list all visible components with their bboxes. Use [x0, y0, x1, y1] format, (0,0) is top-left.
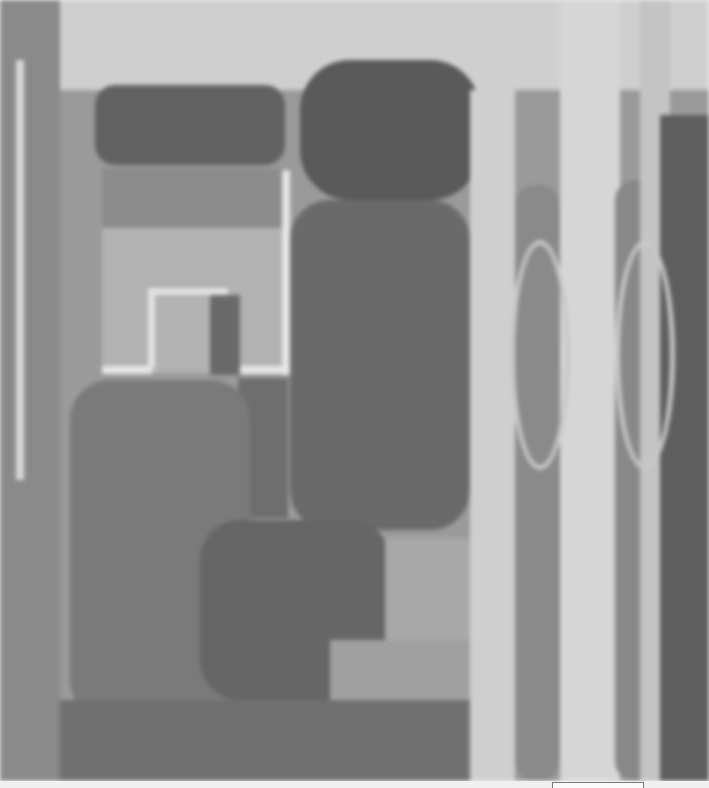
scale-bar — [552, 782, 644, 786]
courtyard-wall-vert — [148, 288, 155, 368]
building-west-roof-light — [102, 228, 287, 373]
building-west-edge-south2 — [240, 366, 290, 374]
tree-cluster-northeast — [300, 60, 480, 200]
building-west-roof-dark — [102, 168, 287, 228]
road-main — [560, 0, 620, 781]
curved-path-west — [510, 240, 570, 470]
tree-band-north — [95, 85, 285, 165]
building-west-edge-south — [102, 366, 152, 374]
building-west-edge-east — [282, 170, 290, 375]
aerial-map-image[interactable] — [0, 0, 709, 781]
courtyard-shadow — [210, 295, 240, 375]
courtyard-wall — [148, 288, 228, 295]
tree-cover-east — [660, 115, 709, 781]
curved-path-east — [615, 240, 675, 470]
road-main-west-verge — [470, 90, 515, 781]
left-edge-strip — [0, 0, 60, 781]
tree-cover-central — [290, 200, 470, 530]
tree-band-bottom — [60, 700, 480, 781]
left-thin-road — [16, 60, 24, 480]
